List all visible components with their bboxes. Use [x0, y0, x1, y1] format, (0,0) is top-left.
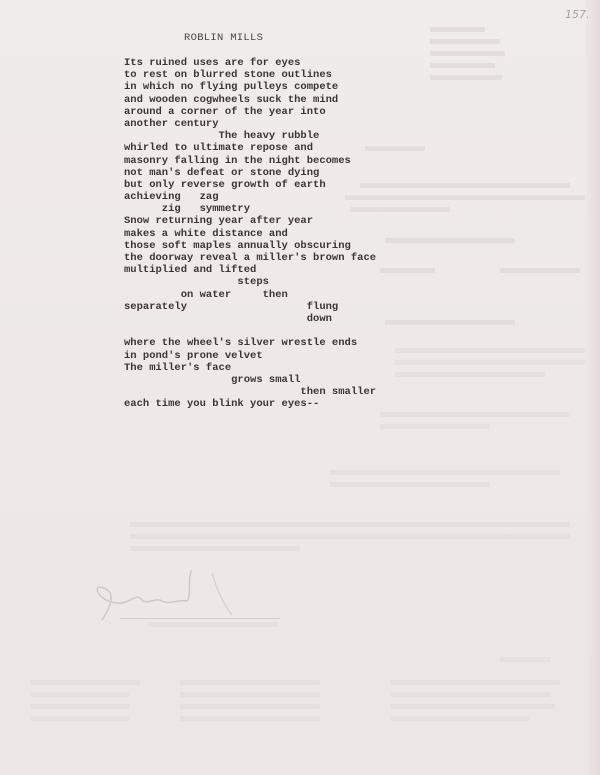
poem-line: where the wheel's silver wrestle ends — [124, 337, 376, 349]
poem-line: those soft maples annually obscuring — [124, 240, 376, 252]
poem-line: in which no flying pulleys compete — [124, 81, 376, 93]
show-through-signature — [92, 565, 242, 625]
poem-line: masonry falling in the night becomes — [124, 155, 376, 167]
poem-line: in pond's prone velvet — [124, 350, 376, 362]
poem-line: achieving zag — [124, 191, 376, 203]
poem-line: multiplied and lifted — [124, 264, 376, 276]
typewritten-page: 157. ROBLIN MILLS Its ruined uses are fo… — [0, 0, 600, 775]
poem-line: another century — [124, 118, 376, 130]
poem-line: the doorway reveal a miller's brown face — [124, 252, 376, 264]
poem-line: and wooden cogwheels suck the mind — [124, 94, 376, 106]
poem-line: separately flung — [124, 301, 376, 313]
poem-line: The miller's face — [124, 362, 376, 374]
poem-line: to rest on blurred stone outlines — [124, 69, 376, 81]
poem-body: Its ruined uses are for eyesto rest on b… — [124, 57, 376, 410]
poem-line: The heavy rubble — [124, 130, 376, 142]
poem-line: zig symmetry — [124, 203, 376, 215]
poem-line: Snow returning year after year — [124, 215, 376, 227]
page-number: 157. — [565, 8, 590, 21]
poem-line: makes a white distance and — [124, 228, 376, 240]
poem-line: then smaller — [124, 386, 376, 398]
poem-line: whirled to ultimate repose and — [124, 142, 376, 154]
page-edge — [586, 0, 600, 775]
poem-line: grows small — [124, 374, 376, 386]
show-through-rule — [120, 618, 280, 619]
poem-title: ROBLIN MILLS — [184, 32, 263, 44]
poem-line — [124, 325, 376, 337]
poem-line: around a corner of the year into — [124, 106, 376, 118]
poem-line: each time you blink your eyes-- — [124, 398, 376, 410]
poem-line: Its ruined uses are for eyes — [124, 57, 376, 69]
poem-line: down — [124, 313, 376, 325]
poem-line: on water then — [124, 289, 376, 301]
poem-line: but only reverse growth of earth — [124, 179, 376, 191]
poem-line: not man's defeat or stone dying — [124, 167, 376, 179]
poem-line: steps — [124, 276, 376, 288]
